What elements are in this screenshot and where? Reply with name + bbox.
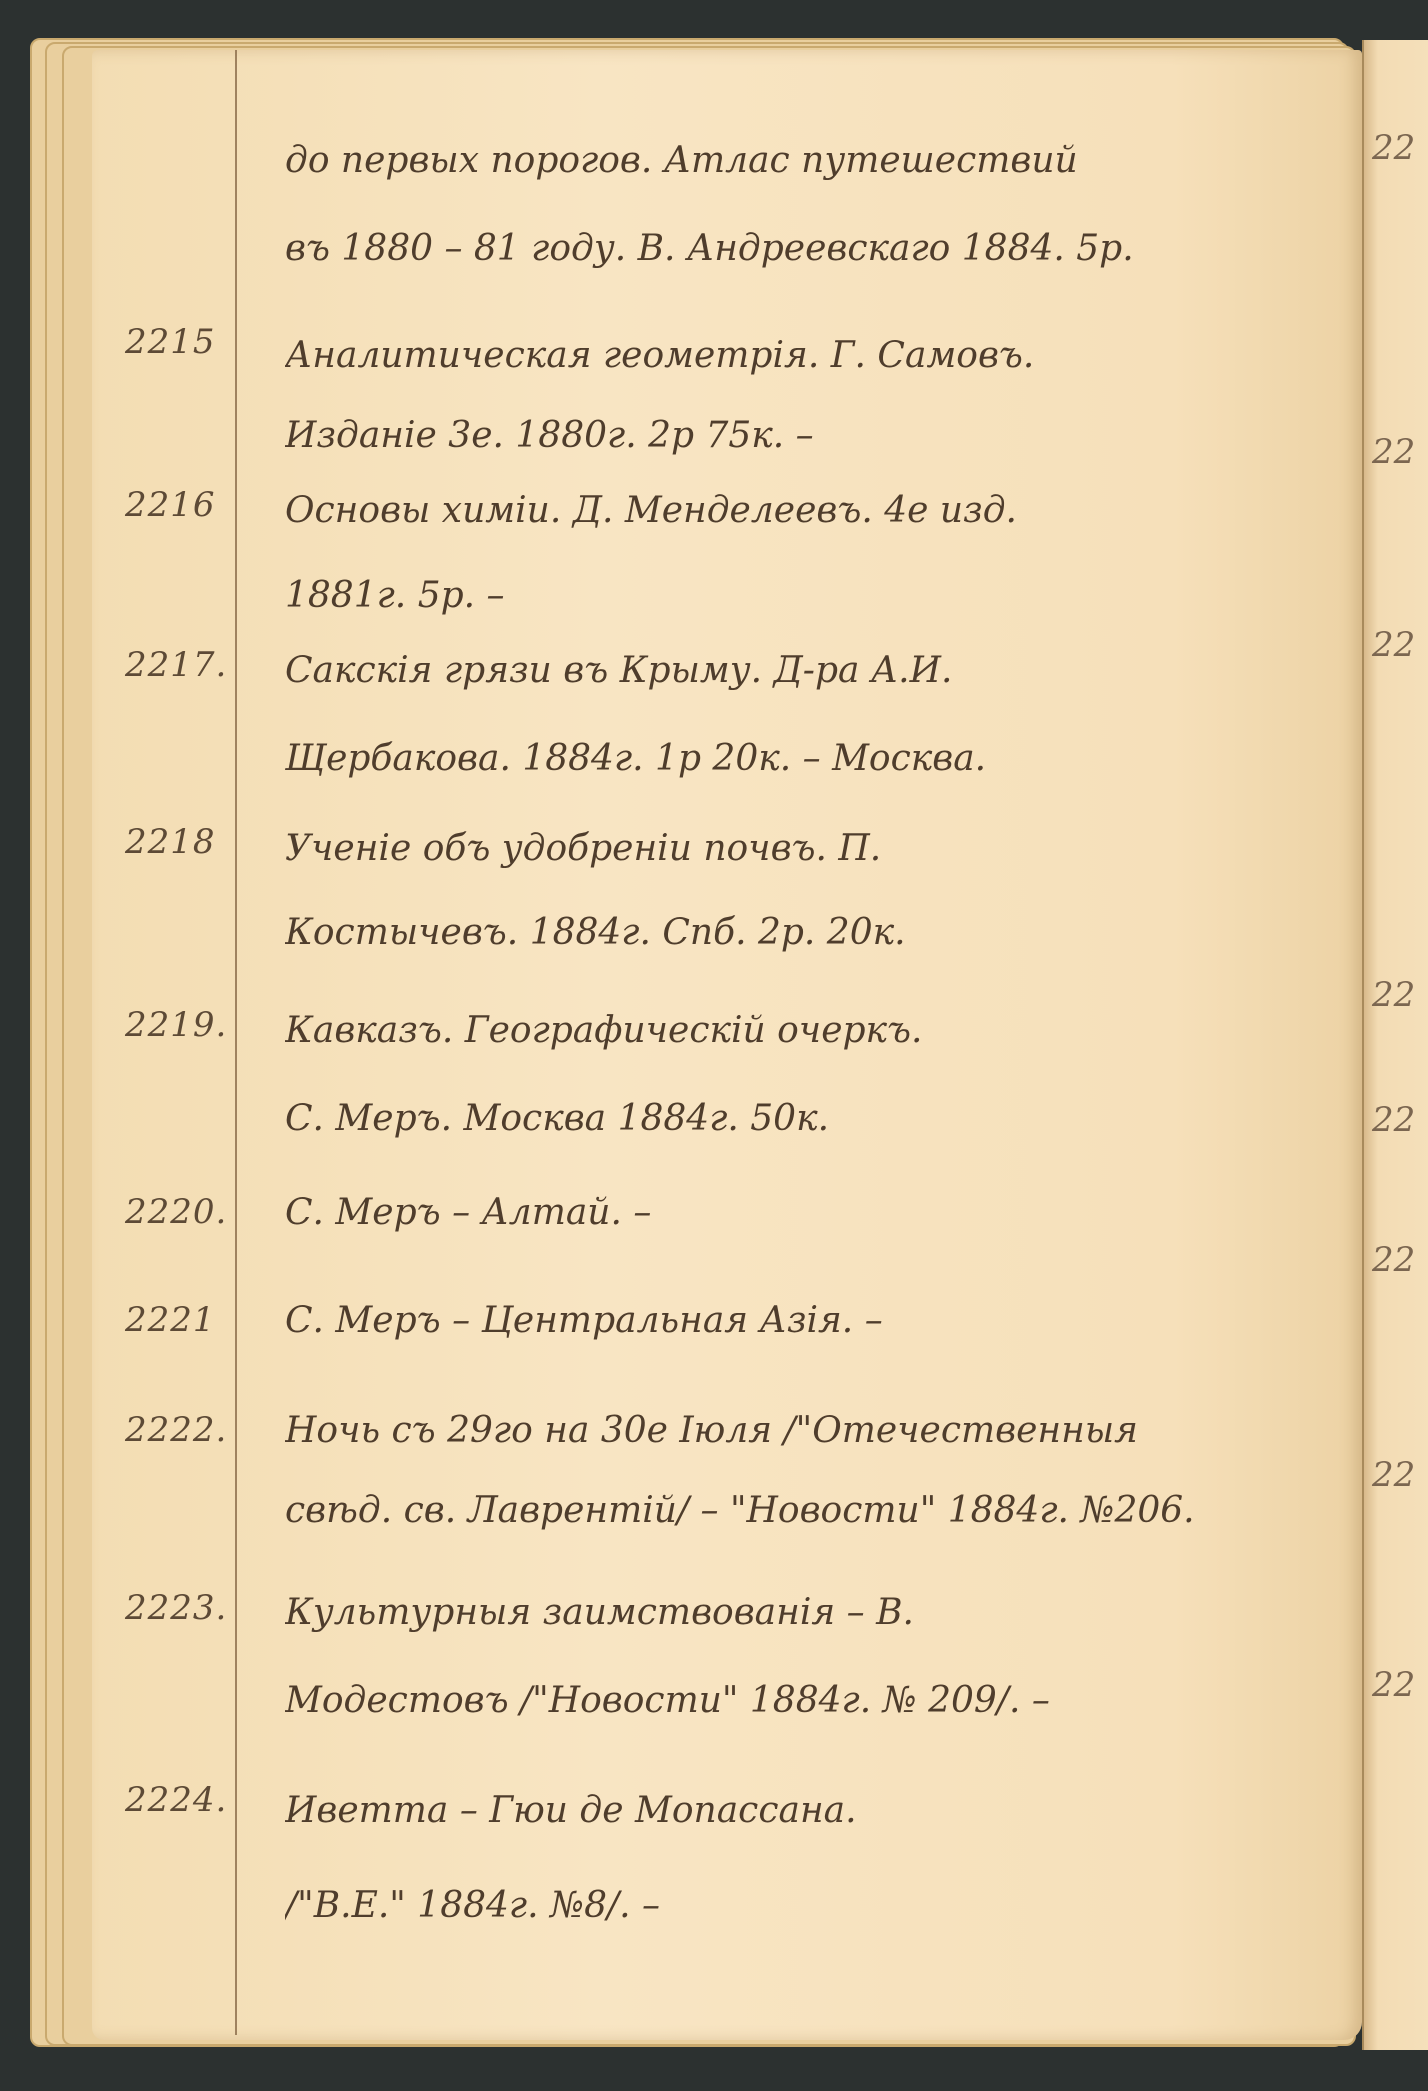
entry-number: 2220. bbox=[125, 1192, 235, 1232]
entry-line: Щербакова. 1884г. 1р 20к. – Москва. bbox=[285, 738, 1345, 779]
entry-number: 2215 bbox=[125, 322, 235, 362]
entry-line: Культурныя заимствованія – В. bbox=[285, 1592, 1345, 1633]
facing-page-number: 22 bbox=[1372, 625, 1415, 665]
facing-page-number: 22 bbox=[1372, 432, 1415, 472]
facing-page-number: 22 bbox=[1372, 1665, 1415, 1705]
entry-number: 2219. bbox=[125, 1005, 235, 1045]
entry-line: Ночь съ 29го на 30е Іюля /"Отечественныя bbox=[285, 1410, 1345, 1451]
facing-page-number: 22 bbox=[1372, 1100, 1415, 1140]
entry-line: Сакскія грязи въ Крыму. Д-ра А.И. bbox=[285, 650, 1345, 691]
entry-line: Ученіе объ удобреніи почвъ. П. bbox=[285, 828, 1345, 869]
facing-page-number: 22 bbox=[1372, 128, 1415, 168]
facing-page-number: 22 bbox=[1372, 1240, 1415, 1280]
entry-line: до первых порогов. Атлас путешествий bbox=[285, 140, 1345, 181]
entry-number: 2217. bbox=[125, 645, 235, 685]
entry-line: С. Меръ – Алтай. – bbox=[285, 1192, 1345, 1233]
entry-number: 2224. bbox=[125, 1780, 235, 1820]
facing-page-edge bbox=[1362, 40, 1428, 2050]
entry-line: С. Меръ. Москва 1884г. 50к. bbox=[285, 1098, 1345, 1139]
entry-line: /"В.Е." 1884г. №8/. – bbox=[285, 1885, 1345, 1926]
facing-page-number: 22 bbox=[1372, 975, 1415, 1015]
entry-number: 2218 bbox=[125, 822, 235, 862]
entry-line: Модестовъ /"Новости" 1884г. № 209/. – bbox=[285, 1680, 1345, 1721]
entry-number: 2222. bbox=[125, 1410, 235, 1450]
entry-line: 1881г. 5р. – bbox=[285, 575, 1345, 616]
entry-line: Изданіе 3е. 1880г. 2р 75к. – bbox=[285, 415, 1345, 456]
entry-line: Костычевъ. 1884г. Спб. 2р. 20к. bbox=[285, 912, 1345, 953]
entry-line: С. Меръ – Центральная Азія. – bbox=[285, 1300, 1345, 1341]
entry-line: Аналитическая геометрія. Г. Самовъ. bbox=[285, 335, 1345, 376]
entry-line: въ 1880 – 81 году. В. Андреевскаго 1884.… bbox=[285, 228, 1345, 269]
entry-number: 2223. bbox=[125, 1588, 235, 1628]
entry-number: 2216 bbox=[125, 485, 235, 525]
entry-line: Кавказъ. Географическій очеркъ. bbox=[285, 1010, 1345, 1051]
facing-page-number: 22 bbox=[1372, 1455, 1415, 1495]
entry-number: 2221 bbox=[125, 1300, 235, 1340]
entry-line: свѣд. св. Лаврентій/ – "Новости" 1884г. … bbox=[285, 1490, 1345, 1531]
margin-rule bbox=[235, 50, 237, 2035]
entry-line: Основы химіи. Д. Менделеевъ. 4е изд. bbox=[285, 490, 1345, 531]
entry-line: Иветта – Гюи де Мопассана. bbox=[285, 1790, 1345, 1831]
